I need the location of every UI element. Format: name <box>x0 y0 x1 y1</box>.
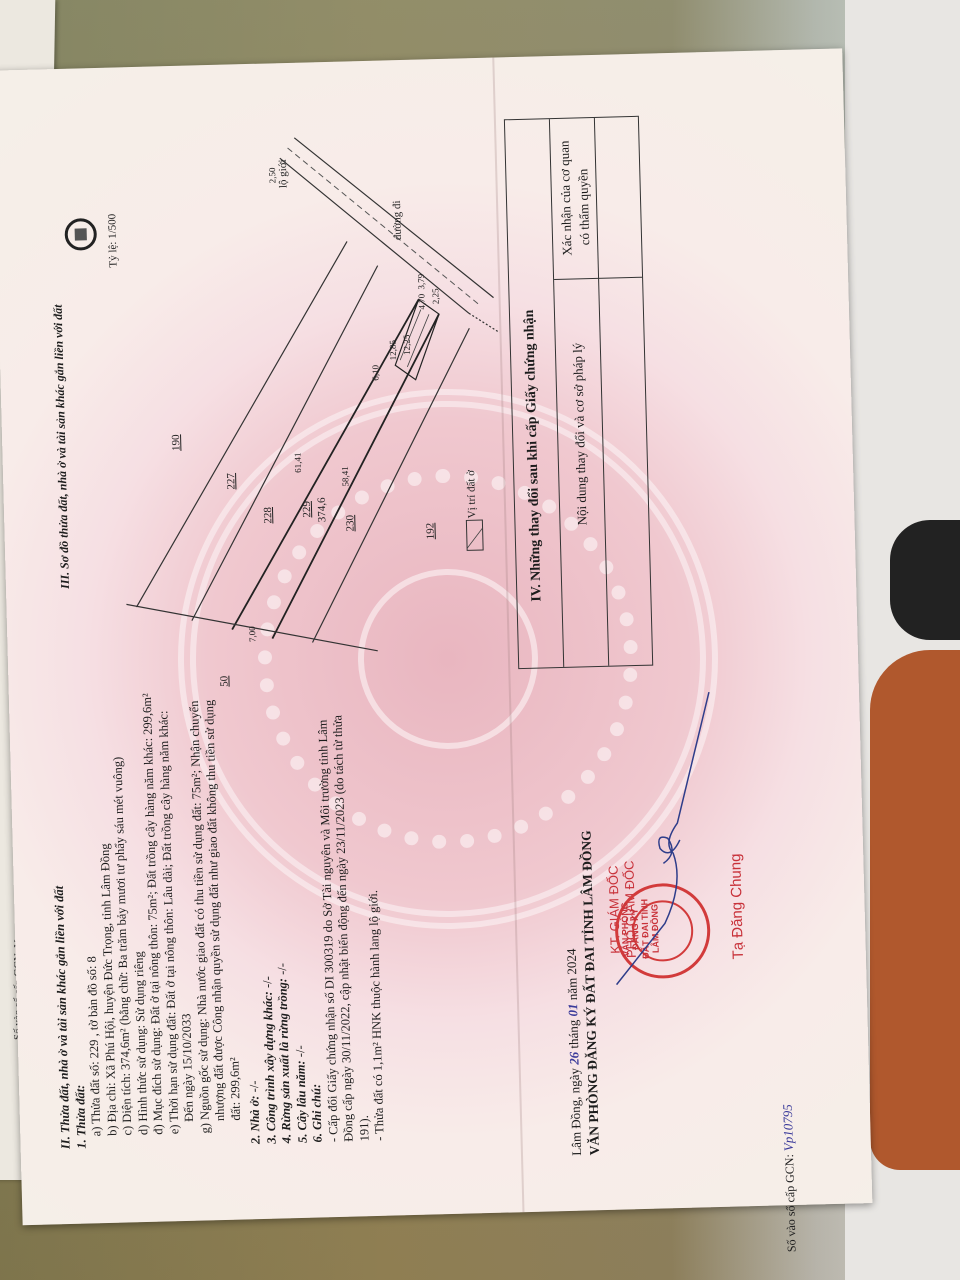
parcel-192: 192 <box>424 523 436 540</box>
orange-object <box>870 650 960 1170</box>
parcel-230: 230 <box>344 515 356 532</box>
dim-58-41: 58,41 <box>340 466 351 487</box>
setback-label: lộ giới <box>277 159 290 188</box>
parcel-50: 50 <box>218 676 230 687</box>
dark-object <box>890 520 960 640</box>
issue-day: 26 <box>566 1052 581 1065</box>
dim-12-85: 12,85 <box>388 340 399 361</box>
dim-12-25: 12,25 <box>401 335 412 356</box>
parcel-229-area: 374,6 <box>316 497 329 522</box>
parcel-190: 190 <box>170 434 182 451</box>
dim-7-00: 7,00 <box>247 626 257 642</box>
handwritten-signature <box>598 672 727 1005</box>
parcel-228: 228 <box>262 507 274 524</box>
issue-month: 01 <box>565 1003 580 1016</box>
authority-column-header-1: Xác nhận của cơ quan <box>556 140 575 256</box>
dim-6-10: 6,10 <box>370 365 380 381</box>
authority-column-header-2: có thẩm quyền <box>575 168 593 245</box>
parcel-diagram <box>0 48 860 770</box>
dim-2-50: 2,50 <box>267 168 277 184</box>
parcel-229: 229 <box>301 501 313 518</box>
legend-residential: Vị trí đất ở <box>465 470 478 519</box>
register-serial: Vp10795 <box>780 1104 796 1151</box>
dim-4-70: 4,70 <box>416 294 426 310</box>
parcel-227: 227 <box>225 473 237 490</box>
dim-3-79: 3,79 <box>416 274 426 290</box>
dim-61-41: 61,41 <box>293 452 304 473</box>
signer-name: Tạ Đăng Chung <box>725 771 749 1041</box>
dim-2-25: 2,25 <box>430 288 440 304</box>
road-label: đường đi <box>391 200 404 240</box>
land-use-certificate: II. Thửa đất, nhà ở và tài sản khác gắn … <box>0 48 872 1225</box>
certificate-register-number: Số vào sổ cấp GCN: Vp10795 <box>780 1104 800 1252</box>
